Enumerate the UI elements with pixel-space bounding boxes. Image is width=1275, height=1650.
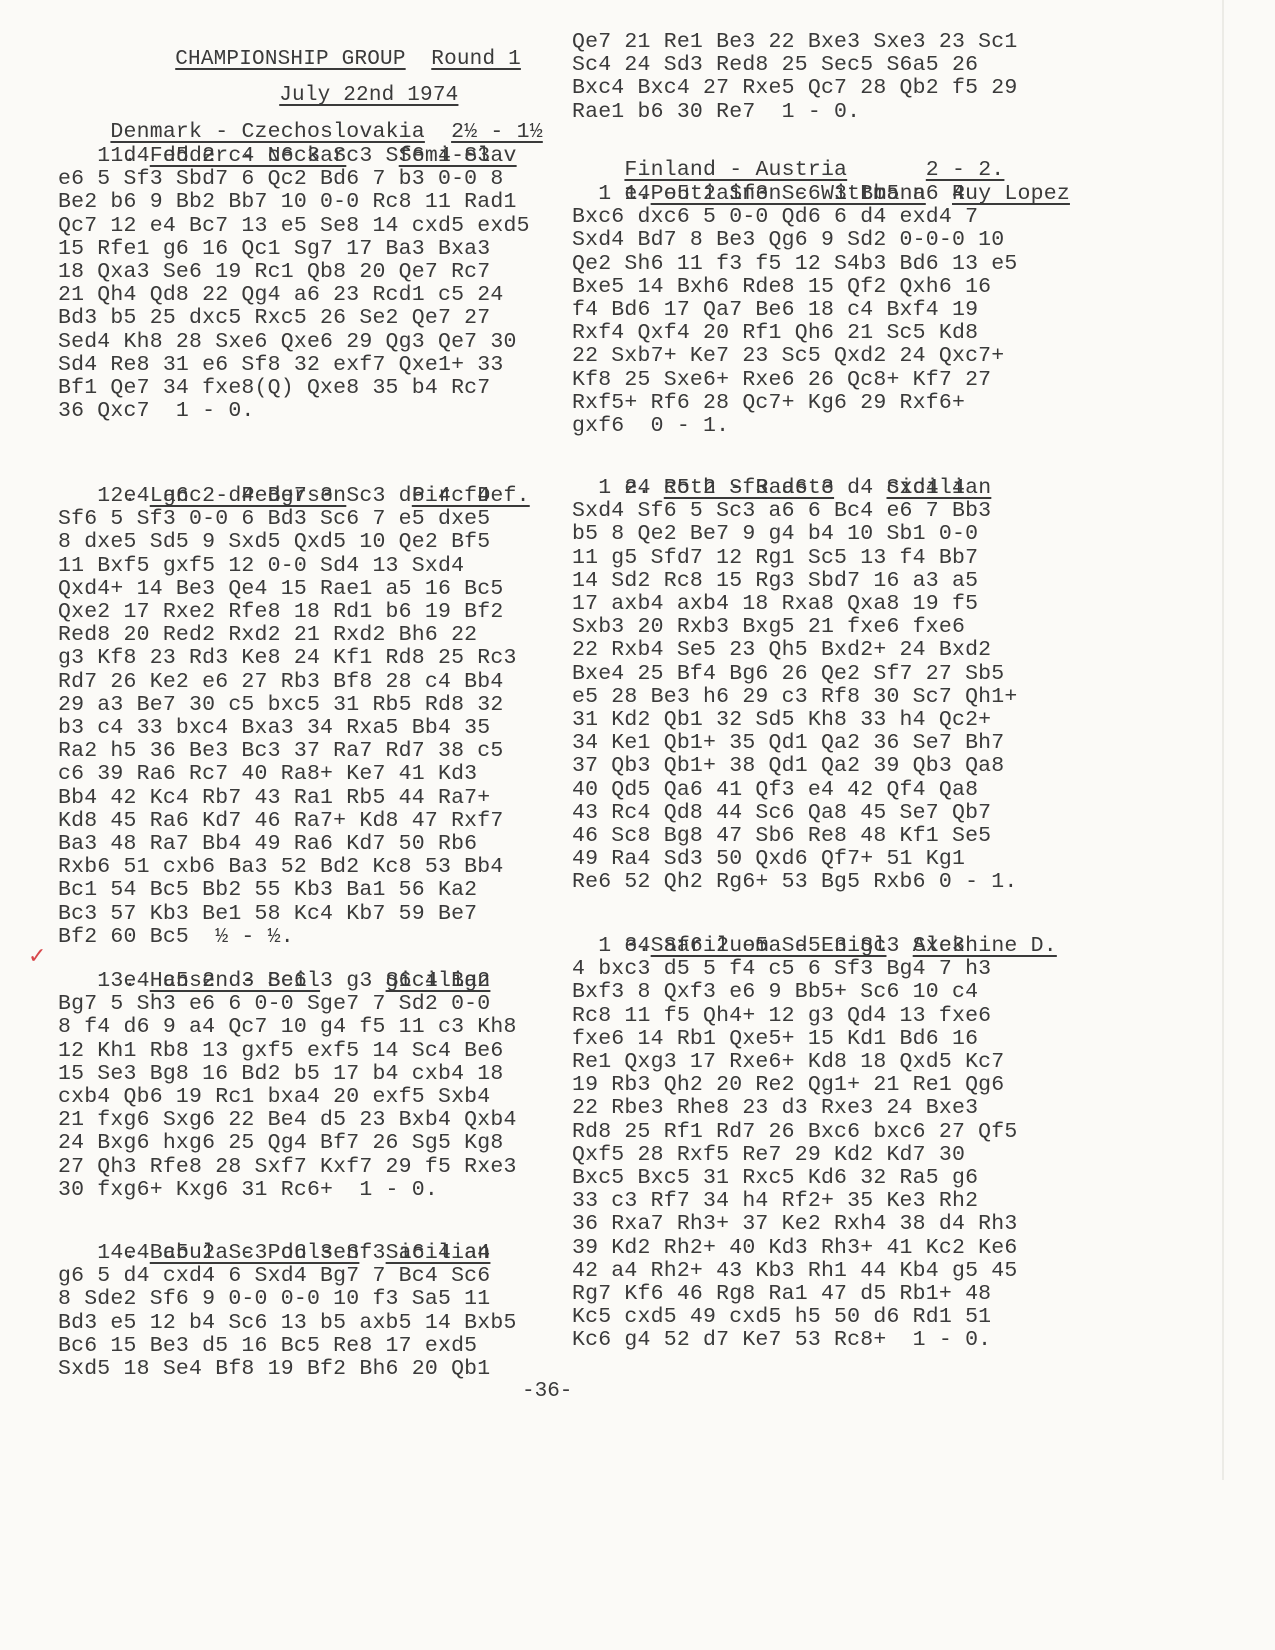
move-line: Bxf3 8 Qxf3 e6 9 Bb5+ Sc6 10 c4	[572, 980, 978, 1004]
move-line: 1 e4 Sf6 2 e5 Sd5 3 Sc3 Sxc3	[572, 934, 965, 958]
move-line: 1 e4 c5 2 Sf3 d6 3 d4 cxd4 4	[572, 476, 965, 500]
move-line: Bc3 57 Kb3 Be1 58 Kc4 Kb7 59 Be7	[58, 902, 477, 926]
move-line: 27 Qh3 Rfe8 28 Sxf7 Kxf7 29 f5 Rxe3	[58, 1155, 517, 1179]
move-line: 14 Sd2 Rc8 15 Rg3 Sbd7 16 a3 a5	[572, 569, 978, 593]
move-line: 17 axb4 axb4 18 Rxa8 Qxa8 19 f5	[572, 592, 978, 616]
move-line: Ra2 h5 36 Be3 Bc3 37 Ra7 Rd7 38 c5	[58, 739, 503, 763]
move-line: Bd3 e5 12 b4 Sc6 13 b5 axb5 14 Bxb5	[58, 1311, 517, 1335]
move-line: Sxd4 Sf6 5 Sc3 a6 6 Bc4 e6 7 Bb3	[572, 499, 991, 523]
move-line: c6 39 Ra6 Rc7 40 Ra8+ Ke7 41 Kd3	[58, 762, 477, 786]
move-line: Bg7 5 Sh3 e6 6 0-0 Sge7 7 Sd2 0-0	[58, 992, 490, 1016]
move-line: Be2 b6 9 Bb2 Bb7 10 0-0 Rc8 11 Rad1	[58, 190, 517, 214]
move-line: cxb4 Qb6 19 Rc1 bxa4 20 exf5 Sxb4	[58, 1085, 490, 1109]
move-line: 24 Bxg6 hxg6 25 Qg4 Bf7 26 Sg5 Kg8	[58, 1131, 503, 1155]
move-line: Kf8 25 Sxe6+ Rxe6 26 Qc8+ Kf7 27	[572, 368, 991, 392]
move-line: 18 Qxa3 Se6 19 Rc1 Qb8 20 Qe7 Rc7	[58, 260, 490, 284]
move-line: g3 Kf8 23 Rd3 Ke8 24 Kf1 Rd8 25 Rc3	[58, 646, 517, 670]
move-line: 12 Kh1 Rb8 13 gxf5 exf5 14 Sc4 Be6	[58, 1039, 503, 1063]
move-line: Qxf5 28 Rxf5 Re7 29 Kd2 Kd7 30	[572, 1143, 965, 1167]
move-line: 30 fxg6+ Kxg6 31 Rc6+ 1 - 0.	[58, 1178, 438, 1202]
move-line: 29 a3 Be7 30 c5 bxc5 31 Rb5 Rd8 32	[58, 693, 503, 717]
move-line: fxe6 14 Rb1 Qxe5+ 15 Kd1 Bd6 16	[572, 1027, 978, 1051]
move-line: Rxf4 Qxf4 20 Rf1 Qh6 21 Sc5 Kd8	[572, 321, 978, 345]
move-line: Sxd5 18 Se4 Bf8 19 Bf2 Bh6 20 Qb1	[58, 1357, 490, 1381]
move-line: Ba3 48 Ra7 Bb4 49 Ra6 Kd7 50 Rb6	[58, 832, 477, 856]
move-line: b5 8 Qe2 Be7 9 g4 b4 10 Sb1 0-0	[572, 522, 978, 546]
move-line: Rg7 Kf6 46 Rg8 Ra1 47 d5 Rb1+ 48	[572, 1282, 991, 1306]
move-line: Qe2 Sh6 11 f3 f5 12 S4b3 Bd6 13 e5	[572, 252, 1017, 276]
move-line: Re1 Qxg3 17 Rxe6+ Kd8 18 Qxd5 Kc7	[572, 1050, 1004, 1074]
move-line: 39 Kd2 Rh2+ 40 Kd3 Rh3+ 41 Kc2 Ke6	[572, 1236, 1017, 1260]
move-line: 1 e4 g6 2 d4 Bg7 3 Sc3 d6 4 f4	[58, 484, 490, 508]
move-line: Bc1 54 Bc5 Bb2 55 Kb3 Ba1 56 Ka2	[58, 878, 477, 902]
move-line: Qxe2 17 Rxe2 Rfe8 18 Rd1 b6 19 Bf2	[58, 600, 503, 624]
move-line: Sf6 5 Sf3 0-0 6 Bd3 Sc6 7 e5 dxe5	[58, 507, 490, 531]
move-line: f4 Bd6 17 Qa7 Be6 18 c4 Bxf4 19	[572, 298, 978, 322]
move-line: Bxc4 Bxc4 27 Rxe5 Qc7 28 Qb2 f5 29	[572, 76, 1017, 100]
move-line: e5 28 Be3 h6 29 c3 Rf8 30 Sc7 Qh1+	[572, 685, 1017, 709]
move-line: Rxf5+ Rf6 28 Qc7+ Kg6 29 Rxf6+	[572, 391, 965, 415]
move-line: 19 Rb3 Qh2 20 Re2 Qg1+ 21 Re1 Qg6	[572, 1073, 1004, 1097]
move-line: 36 Qxc7 1 - 0.	[58, 399, 255, 423]
move-line: Bc6 15 Be3 d5 16 Bc5 Re8 17 exd5	[58, 1334, 477, 1358]
move-line: Kc6 g4 52 d7 Ke7 53 Rc8+ 1 - 0.	[572, 1328, 991, 1352]
move-line: Qe7 21 Re1 Be3 22 Bxe3 Sxe3 23 Sc1	[572, 30, 1017, 54]
move-line: Bxc5 Bxc5 31 Rxc5 Kd6 32 Ra5 g6	[572, 1166, 978, 1190]
move-line: Bxe4 25 Bf4 Bg6 26 Qe2 Sf7 27 Sb5	[572, 662, 1004, 686]
move-line: Re6 52 Qh2 Rg6+ 53 Bg5 Rxb6 0 - 1.	[572, 870, 1017, 894]
checkmark-icon: ✓	[28, 944, 46, 969]
page-number: -36-	[522, 1380, 572, 1403]
move-line: Kd8 45 Ra6 Kd7 46 Ra7+ Kd8 47 Rxf7	[58, 809, 503, 833]
move-line: 34 Ke1 Qb1+ 35 Qd1 Qa2 36 Se7 Bh7	[572, 731, 1004, 755]
move-line: Rd7 26 Ke2 e6 27 Rb3 Bf8 28 c4 Bb4	[58, 670, 503, 694]
page-edge	[1222, 0, 1224, 1480]
move-line: Bd3 b5 25 dxc5 Rxc5 26 Se2 Qe7 27	[58, 306, 490, 330]
move-line: 15 Rfe1 g6 16 Qc1 Sg7 17 Ba3 Bxa3	[58, 237, 490, 261]
move-line: Qxd4+ 14 Be3 Qe4 15 Rae1 a5 16 Bc5	[58, 577, 503, 601]
move-line: 1 d4 d5 2 c4 c6 3 Sc3 Sf6 4 e3	[58, 144, 490, 168]
move-line: 46 Sc8 Bg8 47 Sb6 Re8 48 Kf1 Se5	[572, 824, 991, 848]
move-line: Rae1 b6 30 Re7 1 - 0.	[572, 100, 860, 124]
move-line: 11 g5 Sfd7 12 Rg1 Sc5 13 f4 Bb7	[572, 546, 978, 570]
move-line: Rc8 11 f5 Qh4+ 12 g3 Qd4 13 fxe6	[572, 1004, 991, 1028]
move-line: Kc5 cxd5 49 cxd5 h5 50 d6 Rd1 51	[572, 1305, 991, 1329]
move-line: Sc4 24 Sd3 Red8 25 Sec5 S6a5 26	[572, 53, 978, 77]
move-line: 1 e4 c5 2 d3 Sc6 3 g3 g6 4 Bg2	[58, 969, 490, 993]
move-line: Sxd4 Bd7 8 Be3 Qg6 9 Sd2 0-0-0 10	[572, 228, 1004, 252]
move-line: 21 Qh4 Qd8 22 Qg4 a6 23 Rcd1 c5 24	[58, 283, 503, 307]
move-line: 15 Se3 Bg8 16 Bd2 b5 17 b4 cxb4 18	[58, 1062, 503, 1086]
move-line: Sd4 Re8 31 e6 Sf8 32 exf7 Qxe1+ 33	[58, 353, 503, 377]
game-opening: Ruy Lopez	[952, 182, 1070, 206]
move-line: Bb4 42 Kc4 Rb7 43 Ra1 Rb5 44 Ra7+	[58, 786, 490, 810]
move-line: Bf1 Qe7 34 fxe8(Q) Qxe8 35 b4 Rc7	[58, 376, 490, 400]
move-line: Bxe5 14 Bxh6 Rde8 15 Qf2 Qxh6 16	[572, 275, 991, 299]
move-line: 8 Sde2 Sf6 9 0-0 0-0 10 f3 Sa5 11	[58, 1287, 490, 1311]
move-line: Sxb3 20 Rxb3 Bxg5 21 fxe6 fxe6	[572, 615, 965, 639]
move-line: e6 5 Sf3 Sbd7 6 Qc2 Bd6 7 b3 0-0 8	[58, 167, 503, 191]
move-line: 43 Rc4 Qd8 44 Sc6 Qa8 45 Se7 Qb7	[572, 801, 991, 825]
move-line: 21 fxg6 Sxg6 22 Be4 d5 23 Bxb4 Qxb4	[58, 1108, 517, 1132]
move-line: 33 c3 Rf7 34 h4 Rf2+ 35 Ke3 Rh2	[572, 1189, 978, 1213]
move-line: g6 5 d4 cxd4 6 Sxd4 Bg7 7 Bc4 Sc6	[58, 1264, 490, 1288]
move-line: Rxb6 51 cxb6 Ba3 52 Bd2 Kc8 53 Bb4	[58, 855, 503, 879]
move-line: 22 Rxb4 Se5 23 Qh5 Bxd2+ 24 Bxd2	[572, 638, 991, 662]
move-line: 1 e4 c5 2 Sc3 d6 3 Sf3 a6 4 a4	[58, 1241, 490, 1265]
move-line: 42 a4 Rh2+ 43 Kb3 Rh1 44 Kb4 g5 45	[572, 1259, 1017, 1283]
move-line: Red8 20 Red2 Rxd2 21 Rxd2 Bh6 22	[58, 623, 477, 647]
move-line: 8 dxe5 Sd5 9 Sxd5 Qxd5 10 Qe2 Bf5	[58, 530, 490, 554]
move-line: gxf6 0 - 1.	[572, 414, 729, 438]
move-line: 22 Sxb7+ Ke7 23 Sc5 Qxd2 24 Qxc7+	[572, 344, 1004, 368]
move-line: 4 bxc3 d5 5 f4 c5 6 Sf3 Bg4 7 h3	[572, 957, 991, 981]
move-line: 11 Bxf5 gxf5 12 0-0 Sd4 13 Sxd4	[58, 554, 464, 578]
move-line: Bxc6 dxc6 5 0-0 Qd6 6 d4 exd4 7	[572, 205, 978, 229]
move-line: 8 f4 d6 9 a4 Qc7 10 g4 f5 11 c3 Kh8	[58, 1015, 517, 1039]
move-line: Rd8 25 Rf1 Rd7 26 Bxc6 bxc6 27 Qf5	[572, 1120, 1017, 1144]
move-line: 36 Rxa7 Rh3+ 37 Ke2 Rxh4 38 d4 Rh3	[572, 1212, 1017, 1236]
move-line: 22 Rbe3 Rhe8 23 d3 Rxe3 24 Bxe3	[572, 1096, 978, 1120]
move-line: Sed4 Kh8 28 Sxe6 Qxe6 29 Qg3 Qe7 30	[58, 330, 517, 354]
move-line: 49 Ra4 Sd3 50 Qxd6 Qf7+ 51 Kg1	[572, 847, 965, 871]
move-line: 37 Qb3 Qb1+ 38 Qd1 Qa2 39 Qb3 Qa8	[572, 754, 1004, 778]
move-line: Qc7 12 e4 Bc7 13 e5 Se8 14 cxd5 exd5	[58, 214, 530, 238]
move-line: b3 c4 33 bxc4 Bxa3 34 Rxa5 Bb4 35	[58, 716, 490, 740]
move-line: 1 e4 e5 2 Sf3 Sc6 3 Bb5 a6 4	[572, 182, 965, 206]
move-line: 40 Qd5 Qa6 41 Qf3 e4 42 Qf4 Qa8	[572, 778, 978, 802]
move-line: 31 Kd2 Qb1 32 Sd5 Kh8 33 h4 Qc2+	[572, 708, 991, 732]
